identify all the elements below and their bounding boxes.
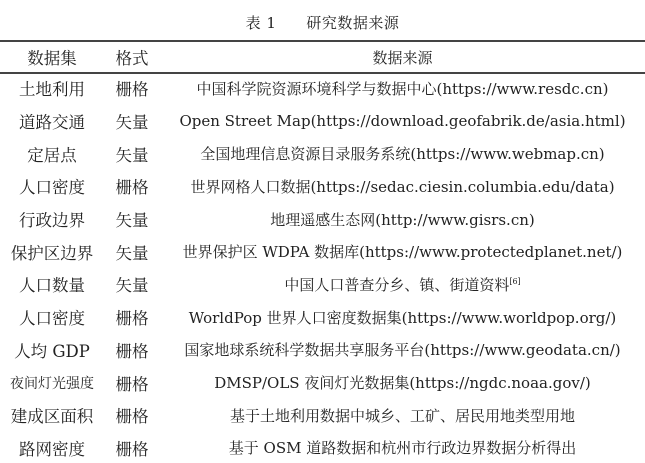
table-row: 道路交通 矢量 Open Street Map(https://download… bbox=[0, 105, 645, 138]
cell-format: 矢量 bbox=[104, 235, 160, 268]
reference-marker[interactable]: [6] bbox=[509, 277, 520, 286]
cell-dataset: 夜间灯光强度 bbox=[0, 366, 104, 399]
table-number: 表 1 bbox=[246, 14, 277, 32]
source-text: 中国人口普查分乡、镇、街道资料 bbox=[284, 276, 509, 294]
cell-source: 基于土地利用数据中城乡、工矿、居民用地类型用地 bbox=[160, 399, 645, 432]
cell-format: 栅格 bbox=[104, 301, 160, 334]
cell-source: Open Street Map(https://download.geofabr… bbox=[160, 105, 645, 138]
table-caption: 表 1研究数据来源 bbox=[0, 12, 645, 33]
header-source: 数据来源 bbox=[160, 42, 645, 72]
header-format: 格式 bbox=[104, 42, 160, 72]
cell-source: 中国人口普查分乡、镇、街道资料[6] bbox=[160, 268, 645, 301]
cell-dataset: 建成区面积 bbox=[0, 399, 104, 432]
table-row: 建成区面积 栅格 基于土地利用数据中城乡、工矿、居民用地类型用地 bbox=[0, 399, 645, 432]
table-row: 人均 GDP 栅格 国家地球系统科学数据共享服务平台(https://www.g… bbox=[0, 334, 645, 367]
cell-format: 栅格 bbox=[104, 170, 160, 203]
table-row: 人口密度 栅格 WorldPop 世界人口密度数据集(https://www.w… bbox=[0, 301, 645, 334]
header-row: 数据集 格式 数据来源 bbox=[0, 42, 645, 72]
cell-format: 矢量 bbox=[104, 268, 160, 301]
cell-dataset: 人口密度 bbox=[0, 170, 104, 203]
cell-format: 矢量 bbox=[104, 137, 160, 170]
table-row: 保护区边界 矢量 世界保护区 WDPA 数据库(https://www.prot… bbox=[0, 235, 645, 268]
cell-dataset: 人口数量 bbox=[0, 268, 104, 301]
cell-source: 基于 OSM 道路数据和杭州市行政边界数据分析得出 bbox=[160, 432, 645, 463]
cell-source: DMSP/OLS 夜间灯光数据集(https://ngdc.noaa.gov/) bbox=[160, 366, 645, 399]
table-row: 行政边界 矢量 地理遥感生态网(http://www.gisrs.cn) bbox=[0, 203, 645, 236]
cell-format: 栅格 bbox=[104, 72, 160, 105]
cell-dataset: 路网密度 bbox=[0, 432, 104, 463]
cell-source: 世界保护区 WDPA 数据库(https://www.protectedplan… bbox=[160, 235, 645, 268]
cell-dataset: 行政边界 bbox=[0, 203, 104, 236]
cell-source: 国家地球系统科学数据共享服务平台(https://www.geodata.cn/… bbox=[160, 334, 645, 367]
cell-format: 栅格 bbox=[104, 432, 160, 463]
cell-dataset: 定居点 bbox=[0, 137, 104, 170]
table-row: 土地利用 栅格 中国科学院资源环境科学与数据中心(https://www.res… bbox=[0, 72, 645, 105]
header-dataset: 数据集 bbox=[0, 42, 104, 72]
cell-dataset: 人口密度 bbox=[0, 301, 104, 334]
table-row: 夜间灯光强度 栅格 DMSP/OLS 夜间灯光数据集(https://ngdc.… bbox=[0, 366, 645, 399]
cell-format: 矢量 bbox=[104, 203, 160, 236]
cell-source: WorldPop 世界人口密度数据集(https://www.worldpop.… bbox=[160, 301, 645, 334]
cell-dataset: 保护区边界 bbox=[0, 235, 104, 268]
cell-dataset: 土地利用 bbox=[0, 72, 104, 105]
cell-source: 地理遥感生态网(http://www.gisrs.cn) bbox=[160, 203, 645, 236]
cell-source: 世界网格人口数据(https://sedac.ciesin.columbia.e… bbox=[160, 170, 645, 203]
table-title: 研究数据来源 bbox=[306, 14, 399, 32]
cell-format: 栅格 bbox=[104, 366, 160, 399]
table-row: 路网密度 栅格 基于 OSM 道路数据和杭州市行政边界数据分析得出 bbox=[0, 432, 645, 463]
cell-format: 栅格 bbox=[104, 399, 160, 432]
data-sources-table: 数据集 格式 数据来源 土地利用 栅格 中国科学院资源环境科学与数据中心(htt… bbox=[0, 42, 645, 463]
cell-source: 中国科学院资源环境科学与数据中心(https://www.resdc.cn) bbox=[160, 72, 645, 105]
cell-format: 矢量 bbox=[104, 105, 160, 138]
table-row: 人口密度 栅格 世界网格人口数据(https://sedac.ciesin.co… bbox=[0, 170, 645, 203]
cell-source: 全国地理信息资源目录服务系统(https://www.webmap.cn) bbox=[160, 137, 645, 170]
cell-format: 栅格 bbox=[104, 334, 160, 367]
table-row: 定居点 矢量 全国地理信息资源目录服务系统(https://www.webmap… bbox=[0, 137, 645, 170]
table-row: 人口数量 矢量 中国人口普查分乡、镇、街道资料[6] bbox=[0, 268, 645, 301]
cell-dataset: 道路交通 bbox=[0, 105, 104, 138]
cell-dataset: 人均 GDP bbox=[0, 334, 104, 367]
